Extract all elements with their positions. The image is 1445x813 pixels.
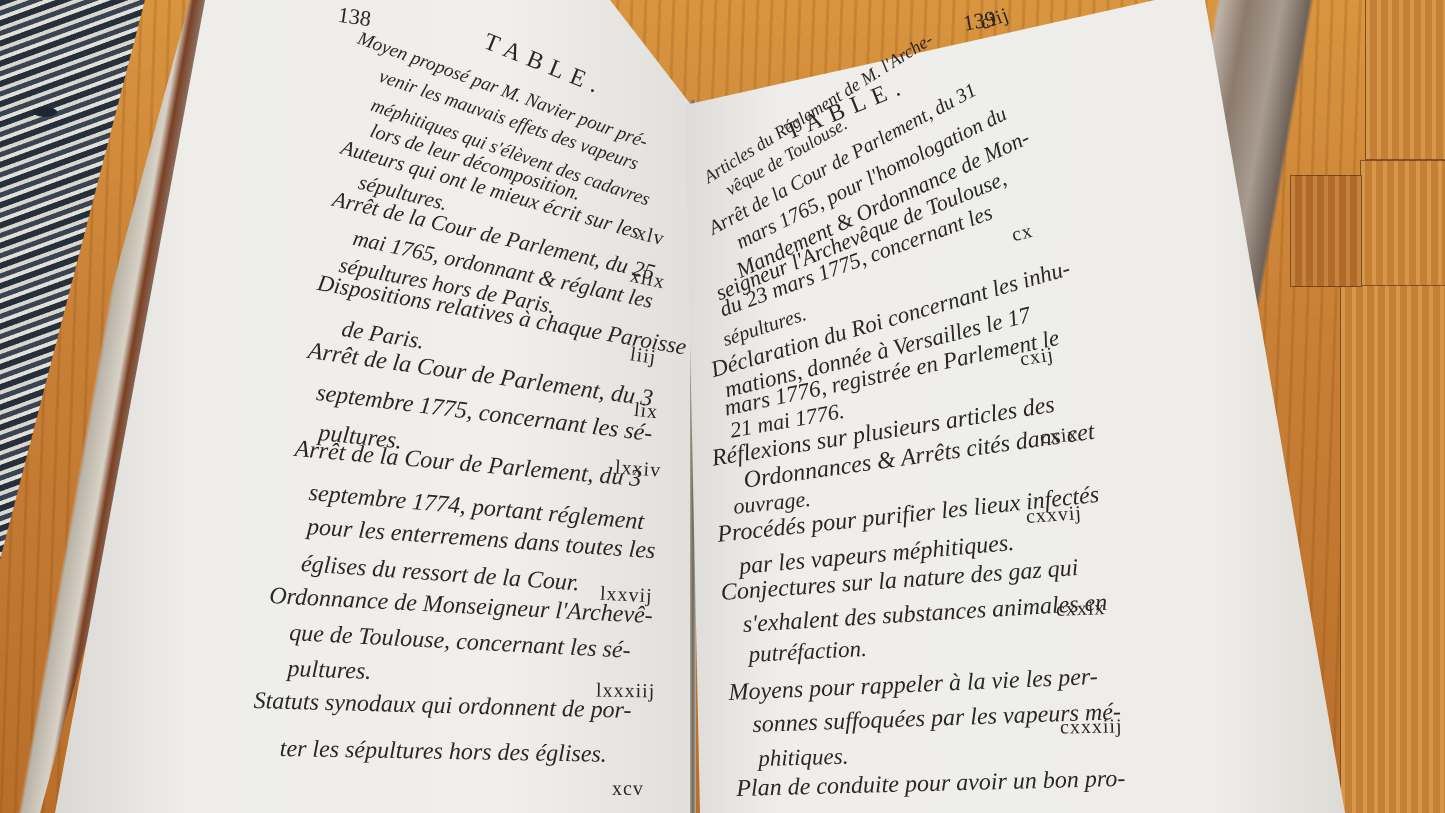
page-reference: lxxiv xyxy=(614,456,662,482)
toc-line: pultures. xyxy=(287,656,372,686)
toc-line: phitiques. xyxy=(758,744,849,772)
page-reference: cxxxiij xyxy=(1060,715,1123,739)
page-reference: cxxvij xyxy=(1025,502,1082,529)
page-reference: xcv xyxy=(612,778,644,801)
page-reference: cxxix xyxy=(1056,597,1106,622)
page-reference: liij xyxy=(629,343,658,369)
page-reference: cxix xyxy=(1039,423,1079,449)
toc-line: ter les sépultures hors des églises. xyxy=(280,736,608,769)
page-number: 138 xyxy=(336,2,372,32)
